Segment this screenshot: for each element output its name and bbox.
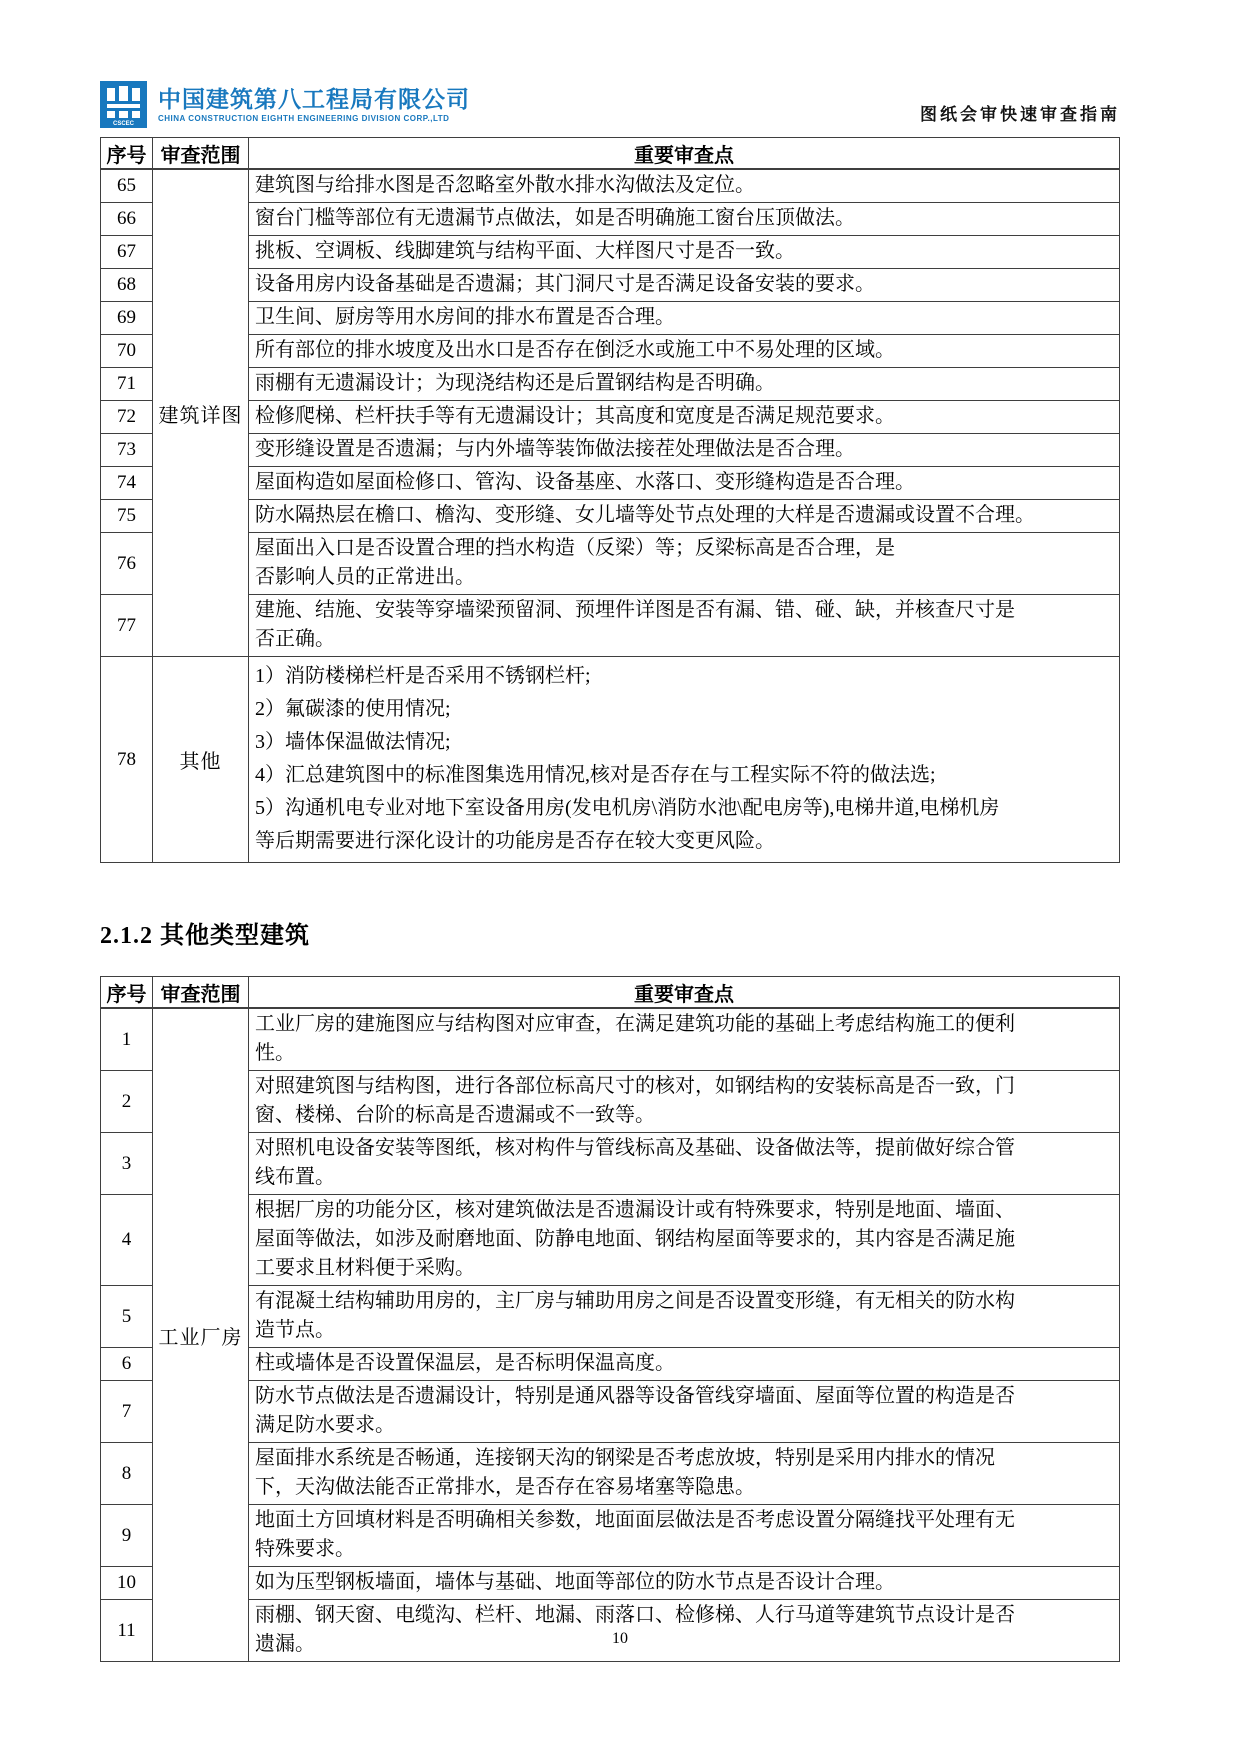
page-number: 10 [0,1630,1240,1648]
table-row: 10 如为压型钢板墙面，墙体与基础、地面等部位的防水节点是否设计合理。 [101,1567,1120,1600]
company-name-en: CHINA CONSTRUCTION EIGHTH ENGINEERING DI… [158,114,470,123]
review-point-cell: 对照建筑图与结构图，进行各部位标高尺寸的核对，如钢结构的安装标高是否一致，门 窗… [249,1071,1120,1133]
col-header-scope: 审查范围 [153,138,249,170]
review-point-cell: 卫生间、厨房等用水房间的排水布置是否合理。 [249,302,1120,335]
col-header-no: 序号 [101,977,153,1009]
table-row: 72 检修爬梯、栏杆扶手等有无遗漏设计；其高度和宽度是否满足规范要求。 [101,401,1120,434]
col-header-point: 重要审查点 [249,138,1120,170]
table-row: 71 雨棚有无遗漏设计；为现浇结构还是后置钢结构是否明确。 [101,368,1120,401]
review-point-cell: 防水节点做法是否遗漏设计，特别是通风器等设备管线穿墙面、屋面等位置的构造是否 满… [249,1381,1120,1443]
row-number-cell: 69 [101,302,153,335]
row-number-cell: 65 [101,169,153,203]
row-number-cell: 75 [101,500,153,533]
review-point-cell: 1）消防楼梯栏杆是否采用不锈钢栏杆; 2）氟碳漆的使用情况; 3）墙体保温做法情… [249,657,1120,863]
review-point-cell: 建施、结施、安装等穿墙梁预留洞、预埋件详图是否有漏、错、碰、缺，并核查尺寸是 否… [249,595,1120,657]
table-row: 70 所有部位的排水坡度及出水口是否存在倒泛水或施工中不易处理的区域。 [101,335,1120,368]
review-point-cell: 窗台门槛等部位有无遗漏节点做法，如是否明确施工窗台压顶做法。 [249,203,1120,236]
svg-text:CSCEC: CSCEC [113,121,135,127]
page-header: CSCEC 中国建筑第八工程局有限公司 CHINA CONSTRUCTION E… [100,78,1120,128]
table-row: 75 防水隔热层在檐口、檐沟、变形缝、女儿墙等处节点处理的大样是否遗漏或设置不合… [101,500,1120,533]
table-row: 4 根据厂房的功能分区，核对建筑做法是否遗漏设计或有特殊要求，特别是地面、墙面、… [101,1195,1120,1286]
company-name-cn: 中国建筑第八工程局有限公司 [158,86,470,112]
col-header-no: 序号 [101,138,153,170]
table-header-row: 序号 审查范围 重要审查点 [101,977,1120,1009]
table-row: 5 有混凝土结构辅助用房的，主厂房与辅助用房之间是否设置变形缝，有无相关的防水构… [101,1286,1120,1348]
row-number-cell: 6 [101,1348,153,1381]
table-row: 3 对照机电设备安装等图纸，核对构件与管线标高及基础、设备做法等，提前做好综合管… [101,1133,1120,1195]
review-point-cell: 对照机电设备安装等图纸，核对构件与管线标高及基础、设备做法等，提前做好综合管 线… [249,1133,1120,1195]
document-title: 图纸会审快速审查指南 [920,100,1120,128]
table-row: 65 建筑详图 建筑图与给排水图是否忽略室外散水排水沟做法及定位。 [101,169,1120,203]
review-table-building-details: 序号 审查范围 重要审查点 65 建筑详图 建筑图与给排水图是否忽略室外散水排水… [100,137,1120,863]
table-row: 6 柱或墙体是否设置保温层，是否标明保温高度。 [101,1348,1120,1381]
scope-cell: 工业厂房 [153,1008,249,1662]
table-row: 67 挑板、空调板、线脚建筑与结构平面、大样图尺寸是否一致。 [101,236,1120,269]
review-point-cell: 柱或墙体是否设置保温层，是否标明保温高度。 [249,1348,1120,1381]
row-number-cell: 4 [101,1195,153,1286]
review-point-cell: 防水隔热层在檐口、檐沟、变形缝、女儿墙等处节点处理的大样是否遗漏或设置不合理。 [249,500,1120,533]
table-row: 73 变形缝设置是否遗漏；与内外墙等装饰做法接茬处理做法是否合理。 [101,434,1120,467]
document-page: CSCEC 中国建筑第八工程局有限公司 CHINA CONSTRUCTION E… [0,0,1240,1754]
review-point-cell: 雨棚有无遗漏设计；为现浇结构还是后置钢结构是否明确。 [249,368,1120,401]
row-number-cell: 8 [101,1443,153,1505]
table-row: 2 对照建筑图与结构图，进行各部位标高尺寸的核对，如钢结构的安装标高是否一致，门… [101,1071,1120,1133]
row-number-cell: 73 [101,434,153,467]
row-number-cell: 2 [101,1071,153,1133]
table-row: 74 屋面构造如屋面检修口、管沟、设备基座、水落口、变形缝构造是否合理。 [101,467,1120,500]
row-number-cell: 70 [101,335,153,368]
col-header-scope: 审查范围 [153,977,249,1009]
review-point-cell: 所有部位的排水坡度及出水口是否存在倒泛水或施工中不易处理的区域。 [249,335,1120,368]
review-table-other-building-types: 序号 审查范围 重要审查点 1 工业厂房 工业厂房的建施图应与结构图对应审查，在… [100,976,1120,1662]
cscec-logo-icon: CSCEC [100,81,147,128]
row-number-cell: 72 [101,401,153,434]
row-number-cell: 77 [101,595,153,657]
table-row: 76 屋面出入口是否设置合理的挡水构造（反梁）等；反梁标高是否合理，是 否影响人… [101,533,1120,595]
table-header-row: 序号 审查范围 重要审查点 [101,138,1120,170]
review-point-cell: 屋面构造如屋面检修口、管沟、设备基座、水落口、变形缝构造是否合理。 [249,467,1120,500]
row-number-cell: 10 [101,1567,153,1600]
review-point-cell: 变形缝设置是否遗漏；与内外墙等装饰做法接茬处理做法是否合理。 [249,434,1120,467]
row-number-cell: 76 [101,533,153,595]
table-row: 66 窗台门槛等部位有无遗漏节点做法，如是否明确施工窗台压顶做法。 [101,203,1120,236]
review-point-cell: 检修爬梯、栏杆扶手等有无遗漏设计；其高度和宽度是否满足规范要求。 [249,401,1120,434]
review-point-cell: 挑板、空调板、线脚建筑与结构平面、大样图尺寸是否一致。 [249,236,1120,269]
page-content: CSCEC 中国建筑第八工程局有限公司 CHINA CONSTRUCTION E… [100,0,1120,1662]
section-heading: 2.1.2 其他类型建筑 [100,915,1120,950]
review-point-cell: 屋面排水系统是否畅通，连接钢天沟的钢梁是否考虑放坡，特别是采用内排水的情况 下，… [249,1443,1120,1505]
row-number-cell: 67 [101,236,153,269]
table-row: 1 工业厂房 工业厂房的建施图应与结构图对应审查，在满足建筑功能的基础上考虑结构… [101,1008,1120,1071]
review-point-cell: 有混凝土结构辅助用房的，主厂房与辅助用房之间是否设置变形缝，有无相关的防水构 造… [249,1286,1120,1348]
company-logo: CSCEC 中国建筑第八工程局有限公司 CHINA CONSTRUCTION E… [100,81,470,128]
table-row: 69 卫生间、厨房等用水房间的排水布置是否合理。 [101,302,1120,335]
row-number-cell: 66 [101,203,153,236]
company-name-block: 中国建筑第八工程局有限公司 CHINA CONSTRUCTION EIGHTH … [158,86,470,123]
review-point-cell: 屋面出入口是否设置合理的挡水构造（反梁）等；反梁标高是否合理，是 否影响人员的正… [249,533,1120,595]
scope-cell: 建筑详图 [153,169,249,657]
row-number-cell: 7 [101,1381,153,1443]
row-number-cell: 1 [101,1008,153,1071]
review-point-cell: 设备用房内设备基础是否遗漏；其门洞尺寸是否满足设备安装的要求。 [249,269,1120,302]
review-point-cell: 建筑图与给排水图是否忽略室外散水排水沟做法及定位。 [249,169,1120,203]
row-number-cell: 5 [101,1286,153,1348]
scope-cell: 其他 [153,657,249,863]
row-number-cell: 9 [101,1505,153,1567]
review-point-cell: 如为压型钢板墙面，墙体与基础、地面等部位的防水节点是否设计合理。 [249,1567,1120,1600]
row-number-cell: 71 [101,368,153,401]
review-point-cell: 根据厂房的功能分区，核对建筑做法是否遗漏设计或有特殊要求，特别是地面、墙面、 屋… [249,1195,1120,1286]
review-point-cell: 工业厂房的建施图应与结构图对应审查，在满足建筑功能的基础上考虑结构施工的便利 性… [249,1008,1120,1071]
table-row: 68 设备用房内设备基础是否遗漏；其门洞尺寸是否满足设备安装的要求。 [101,269,1120,302]
table-row: 9 地面土方回填材料是否明确相关参数，地面面层做法是否考虑设置分隔缝找平处理有无… [101,1505,1120,1567]
col-header-point: 重要审查点 [249,977,1120,1009]
row-number-cell: 68 [101,269,153,302]
table-row: 8 屋面排水系统是否畅通，连接钢天沟的钢梁是否考虑放坡，特别是采用内排水的情况 … [101,1443,1120,1505]
row-number-cell: 3 [101,1133,153,1195]
review-point-cell: 地面土方回填材料是否明确相关参数，地面面层做法是否考虑设置分隔缝找平处理有无 特… [249,1505,1120,1567]
table-row: 77 建施、结施、安装等穿墙梁预留洞、预埋件详图是否有漏、错、碰、缺，并核查尺寸… [101,595,1120,657]
row-number-cell: 78 [101,657,153,863]
table-row: 7 防水节点做法是否遗漏设计，特别是通风器等设备管线穿墙面、屋面等位置的构造是否… [101,1381,1120,1443]
row-number-cell: 74 [101,467,153,500]
table-row: 78 其他 1）消防楼梯栏杆是否采用不锈钢栏杆; 2）氟碳漆的使用情况; 3）墙… [101,657,1120,863]
